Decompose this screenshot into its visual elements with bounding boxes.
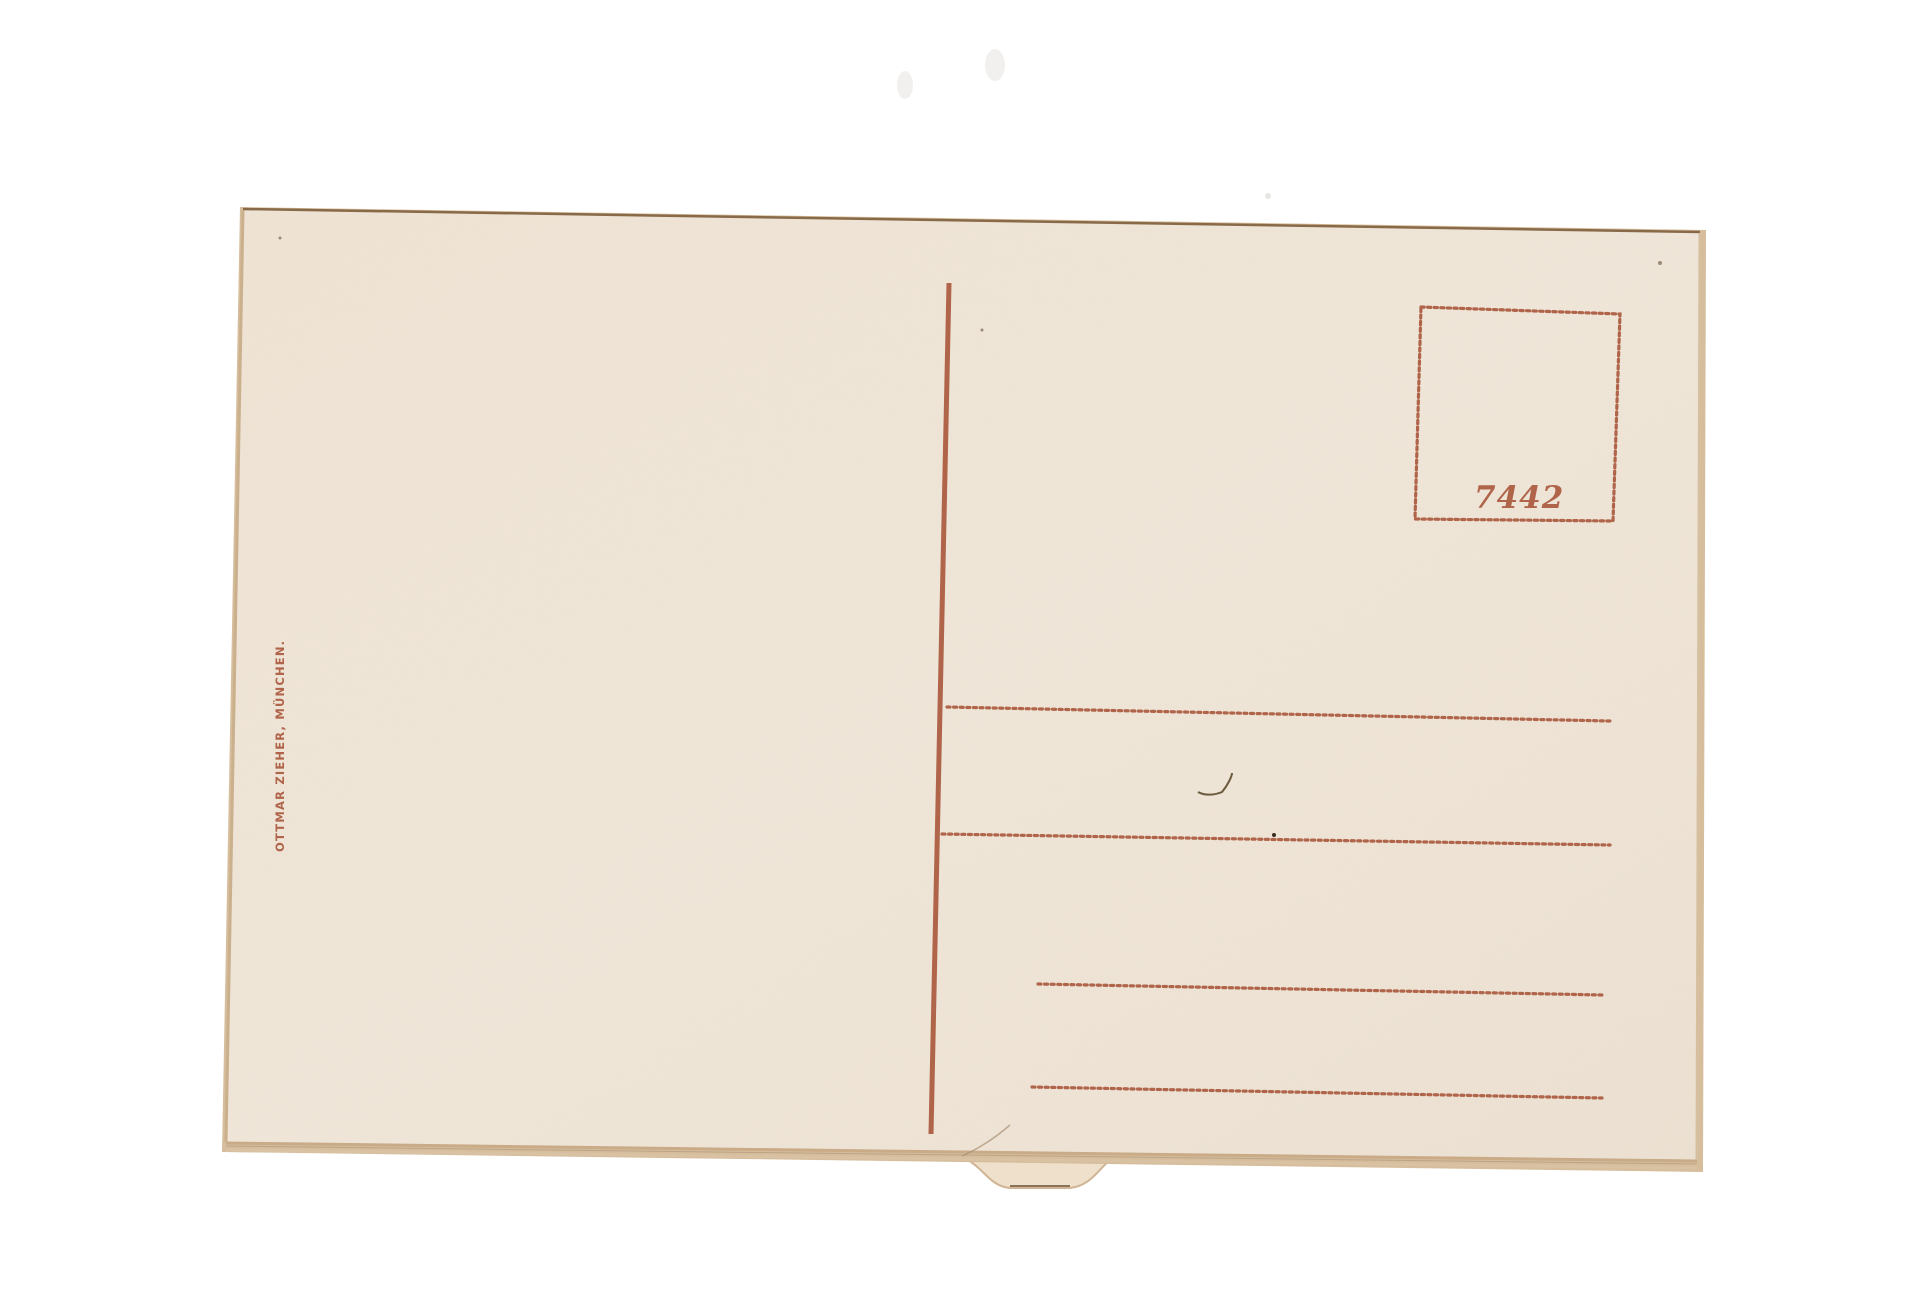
speck bbox=[1272, 833, 1276, 837]
stamp-box-number: 7442 bbox=[1474, 480, 1564, 516]
bottom-tab bbox=[968, 1160, 1108, 1188]
speck bbox=[1658, 261, 1662, 265]
speck bbox=[981, 329, 984, 332]
speck bbox=[279, 237, 282, 240]
postcard-scene: 7442 OTTMAR ZIEHER, MÜNCHEN. bbox=[0, 0, 1915, 1296]
background-smudges bbox=[897, 49, 1271, 199]
postcard-card bbox=[226, 210, 1700, 1160]
publisher-imprint: OTTMAR ZIEHER, MÜNCHEN. bbox=[272, 640, 287, 852]
